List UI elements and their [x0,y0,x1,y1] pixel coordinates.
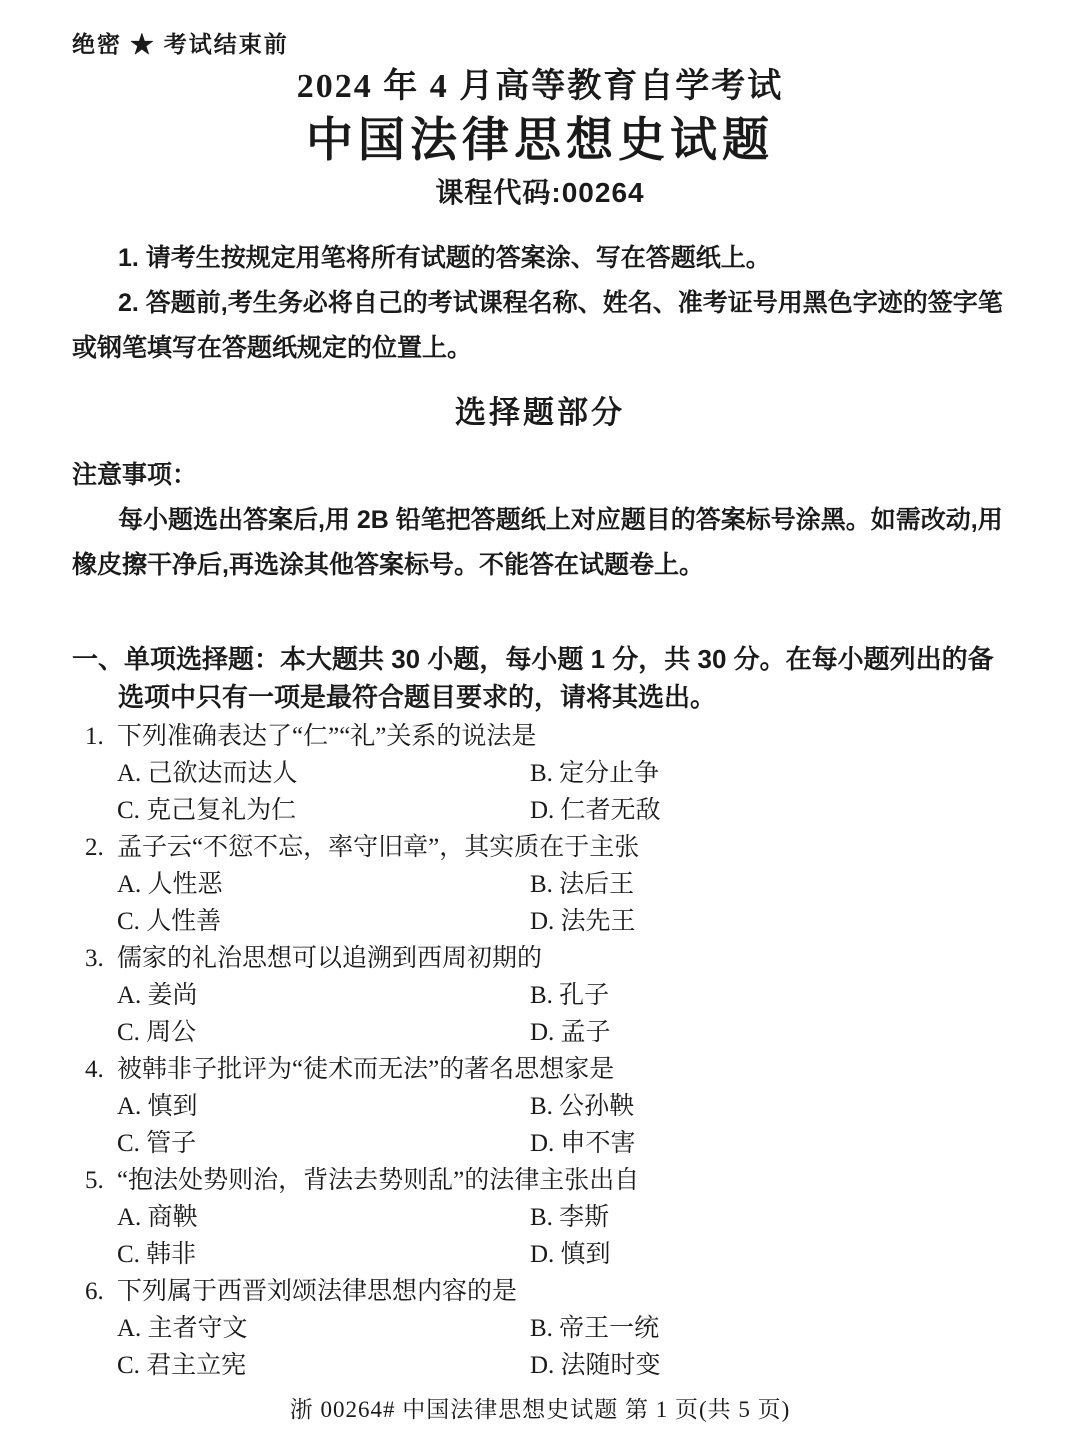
option-c: C. 君主立宪 [117,1347,530,1384]
option-b: B. 公孙鞅 [530,1088,1008,1125]
paper-title: 中国法律思想史试题 [72,112,1008,168]
general-instructions: 1. 请考生按规定用笔将所有试题的答案涂、写在答题纸上。 2. 答题前,考生务必… [72,236,1008,371]
option-a: A. 己欲达而达人 [117,755,530,792]
option-a: A. 慎到 [117,1088,530,1125]
question-line: 1.下列准确表达了“仁”“礼”关系的说法是 [72,718,1008,755]
course-code: 课程代码:00264 [72,176,1008,210]
question-number: 3. [85,940,117,977]
question-options: A. 商鞅 B. 李斯 C. 韩非 D. 慎到 [72,1199,1008,1273]
question-options: A. 主者守文 B. 帝王一统 C. 君主立宪 D. 法随时变 [72,1310,1008,1384]
option-a: A. 人性恶 [117,866,530,903]
part-one-heading: 一、单项选择题：本大题共 30 小题，每小题 1 分，共 30 分。在每小题列出… [72,640,1008,716]
question-6: 6.下列属于西晋刘颂法律思想内容的是 A. 主者守文 B. 帝王一统 C. 君主… [72,1273,1008,1384]
option-a: A. 主者守文 [117,1310,530,1347]
question-3: 3.儒家的礼治思想可以追溯到西周初期的 A. 姜尚 B. 孔子 C. 周公 D.… [72,940,1008,1051]
option-d: D. 法随时变 [530,1347,1008,1384]
question-options: A. 姜尚 B. 孔子 C. 周公 D. 孟子 [72,977,1008,1051]
question-text: 下列属于西晋刘颂法律思想内容的是 [117,1278,517,1305]
option-d: D. 申不害 [530,1125,1008,1162]
notes-body: 每小题选出答案后,用 2B 铅笔把答题纸上对应题目的答案标号涂黑。如需改动,用橡… [72,498,1008,588]
notes-label: 注意事项： [72,453,1008,498]
page-footer: 浙 00264# 中国法律思想史试题 第 1 页(共 5 页) [72,1396,1008,1424]
option-a: A. 姜尚 [117,977,530,1014]
question-line: 2.孟子云“不愆不忘，率守旧章”，其实质在于主张 [72,829,1008,866]
exam-session-title: 2024 年 4 月高等教育自学考试 [72,68,1008,106]
question-number: 6. [85,1273,117,1310]
option-b: B. 李斯 [530,1199,1008,1236]
question-1: 1.下列准确表达了“仁”“礼”关系的说法是 A. 己欲达而达人 B. 定分止争 … [72,718,1008,829]
option-c: C. 韩非 [117,1236,530,1273]
option-d: D. 法先王 [530,903,1008,940]
option-c: C. 周公 [117,1014,530,1051]
question-text: 孟子云“不愆不忘，率守旧章”，其实质在于主张 [117,834,639,861]
option-d: D. 孟子 [530,1014,1008,1051]
option-b: B. 孔子 [530,977,1008,1014]
notes-block: 注意事项： 每小题选出答案后,用 2B 铅笔把答题纸上对应题目的答案标号涂黑。如… [72,453,1008,588]
option-a: A. 商鞅 [117,1199,530,1236]
question-options: A. 人性恶 B. 法后王 C. 人性善 D. 法先王 [72,866,1008,940]
question-text: “抱法处势则治，背法去势则乱”的法律主张出自 [117,1167,639,1194]
question-5: 5.“抱法处势则治，背法去势则乱”的法律主张出自 A. 商鞅 B. 李斯 C. … [72,1162,1008,1273]
option-c: C. 克己复礼为仁 [117,792,530,829]
question-text: 儒家的礼治思想可以追溯到西周初期的 [117,945,542,972]
question-list: 1.下列准确表达了“仁”“礼”关系的说法是 A. 己欲达而达人 B. 定分止争 … [72,718,1008,1384]
instruction-item-2: 2. 答题前,考生务必将自己的考试课程名称、姓名、准考证号用黑色字迹的签字笔或钢… [72,281,1008,371]
question-text: 被韩非子批评为“徒术而无法”的著名思想家是 [117,1056,614,1083]
selection-section-title: 选择题部分 [72,393,1008,433]
question-4: 4.被韩非子批评为“徒术而无法”的著名思想家是 A. 慎到 B. 公孙鞅 C. … [72,1051,1008,1162]
option-c: C. 管子 [117,1125,530,1162]
option-b: B. 帝王一统 [530,1310,1008,1347]
question-number: 2. [85,829,117,866]
question-2: 2.孟子云“不愆不忘，率守旧章”，其实质在于主张 A. 人性恶 B. 法后王 C… [72,829,1008,940]
secrecy-label: 绝密 ★ 考试结束前 [72,30,1008,58]
option-b: B. 定分止争 [530,755,1008,792]
question-number: 1. [85,718,117,755]
question-line: 3.儒家的礼治思想可以追溯到西周初期的 [72,940,1008,977]
option-d: D. 仁者无敌 [530,792,1008,829]
question-line: 4.被韩非子批评为“徒术而无法”的著名思想家是 [72,1051,1008,1088]
question-number: 4. [85,1051,117,1088]
question-number: 5. [85,1162,117,1199]
option-c: C. 人性善 [117,903,530,940]
question-options: A. 慎到 B. 公孙鞅 C. 管子 D. 申不害 [72,1088,1008,1162]
option-b: B. 法后王 [530,866,1008,903]
exam-paper-page: 绝密 ★ 考试结束前 2024 年 4 月高等教育自学考试 中国法律思想史试题 … [0,0,1080,1440]
question-line: 6.下列属于西晋刘颂法律思想内容的是 [72,1273,1008,1310]
question-line: 5.“抱法处势则治，背法去势则乱”的法律主张出自 [72,1162,1008,1199]
title-block: 2024 年 4 月高等教育自学考试 中国法律思想史试题 课程代码:00264 [72,68,1008,210]
question-text: 下列准确表达了“仁”“礼”关系的说法是 [117,723,536,750]
option-d: D. 慎到 [530,1236,1008,1273]
question-options: A. 己欲达而达人 B. 定分止争 C. 克己复礼为仁 D. 仁者无敌 [72,755,1008,829]
instruction-item-1: 1. 请考生按规定用笔将所有试题的答案涂、写在答题纸上。 [72,236,1008,281]
